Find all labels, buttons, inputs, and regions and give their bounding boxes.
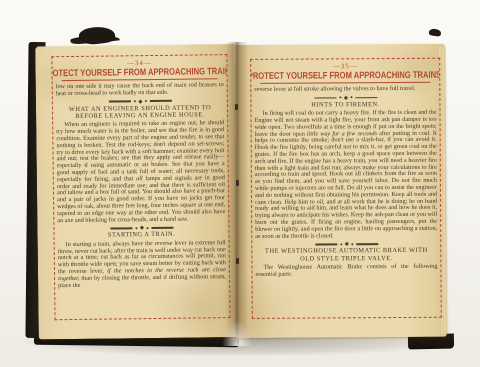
section-divider-ornament [57,225,225,230]
bottom-gutter-notch [222,320,252,346]
cover-corner-nub [429,28,442,37]
left-page-red-border: —34— PROTECT YOURSELF FROM APPROACHING T… [51,54,230,320]
right-page-body: reverse lever at full stroke allowing th… [254,86,437,279]
right-running-title: PROTECT YOURSELF FROM APPROACHING TRAINS… [250,70,442,82]
left-page: —34— PROTECT YOURSELF FROM APPROACHING T… [35,44,238,339]
section-heading: HINTS TO FIREMEN. [258,101,432,109]
right-page-red-border: —35— PROTECT YOURSELF FROM APPROACHING T… [250,58,442,319]
paragraph: reverse lever at full stroke allowing th… [254,86,436,94]
left-running-title: PROTECT YOURSELF FROM APPROACHING TRAINS… [51,66,230,79]
binding-stitch [235,104,238,110]
worn-cover-corner [78,25,116,46]
section-heading: WHAT AN ENGINEER SHOULD ATTEND TO BEFORE… [60,104,220,121]
paragraph: low on one side it may cause the back en… [56,82,224,98]
paragraph: When an engineer is required to take an … [56,121,225,225]
paragraph: In starting a train, always have the rev… [58,240,227,290]
left-page-body: low on one side it may cause the back en… [56,82,226,289]
section-divider-ornament [254,96,436,100]
paragraph: In firing soft coal do not carry a heavy… [255,110,438,240]
paragraph: The Westinghouse Automatic Brake consist… [255,264,437,279]
binding-stitch [236,180,239,186]
right-page: —35— PROTECT YOURSELF FROM APPROACHING T… [235,44,447,338]
binding-stitch [236,258,239,264]
section-divider-ornament [56,99,224,104]
right-title-underline [260,82,430,84]
section-heading: THE WESTINGHOUSE AUTOMATIC BRAKE WITH OL… [259,247,433,263]
section-divider-ornament [255,242,437,246]
